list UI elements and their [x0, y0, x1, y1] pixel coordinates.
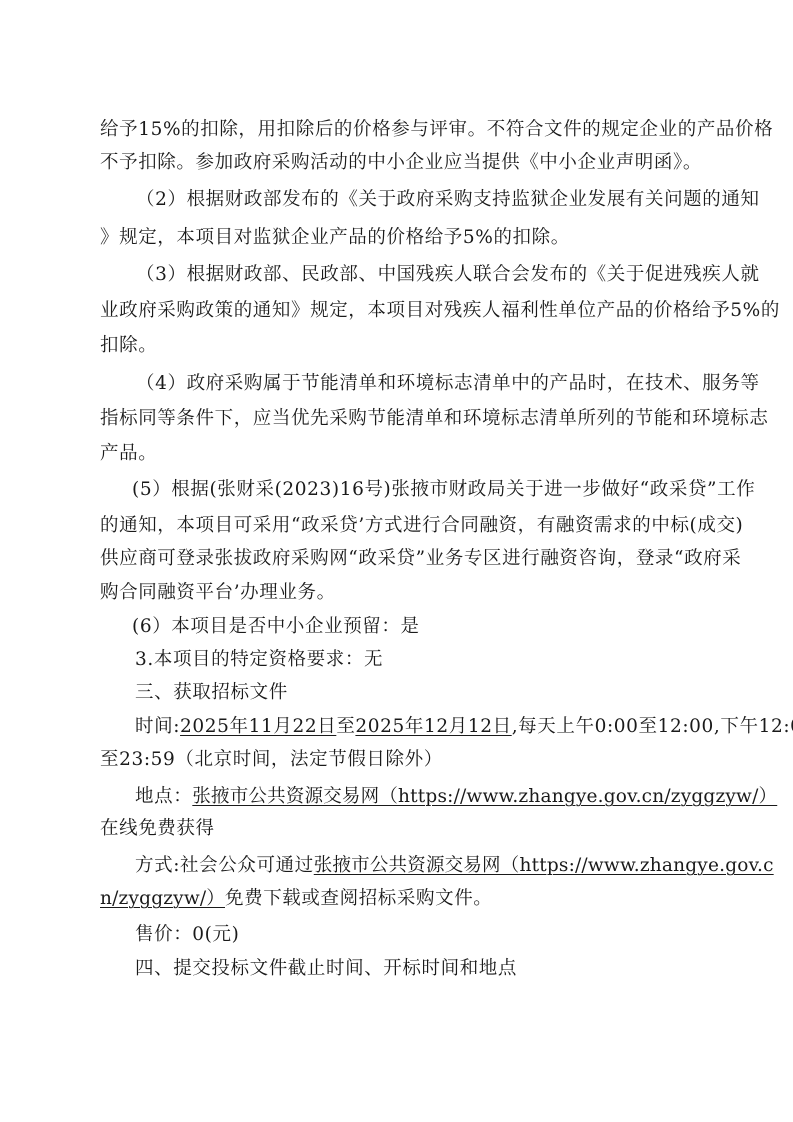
text-line: 产品。 — [100, 439, 695, 469]
method-prefix: 社会公众可通过 — [180, 855, 314, 876]
paragraph-5-start: (5）根据(张财采(2023)16号)张掖市财政局关于进一步做好“政采贷”工作 — [132, 475, 697, 505]
text-line: 业政府采购政策的通知》规定，本项目对残疾人福利性单位产品的价格给予5%的 — [100, 296, 695, 326]
date-separator: 至 — [336, 716, 355, 737]
place-line-continuation: 在线免费获得 — [100, 814, 695, 844]
text-line: 购合同融资平台’办理业务。 — [100, 578, 695, 608]
trading-platform-link[interactable]: 张掖市公共资源交易网（https://www.zhangye.gov.cn/zy… — [192, 786, 777, 807]
start-date: 2025年11月22日 — [180, 716, 336, 737]
trading-platform-link-2-cont[interactable]: n/zyggzyw/） — [100, 888, 225, 909]
method-label: 方式: — [135, 855, 180, 876]
text-line: 供应商可登录张拔政府采购网“政采贷”业务专区进行融资咨询，登录“政府采 — [100, 544, 695, 574]
sme-reservation-line: (6）本项目是否中小企业预留：是 — [132, 612, 727, 642]
method-line-continuation: n/zyggzyw/）免费下载或查阅招标采购文件。 — [100, 884, 695, 914]
text-line: 的通知，本项目可采用“政采贷’方式进行合同融资，有融资需求的中标(成交) — [100, 511, 695, 541]
daily-hours: ,每天上午0:00至12:00,下午12:00 — [512, 716, 793, 737]
text-line: 指标同等条件下，应当优先采购节能清单和环境标志清单所列的节能和环境标志 — [100, 404, 695, 434]
paragraph-4-start: （4）政府采购属于节能清单和环境标志清单中的产品时，在技术、服务等 — [136, 369, 696, 399]
method-suffix: 免费下载或查阅招标采购文件。 — [225, 888, 492, 909]
document-page: 给予15%的扣除，用扣除后的价格参与评审。不符合文件的规定企业的产品价格 不予扣… — [0, 0, 793, 1122]
place-label: 地点： — [135, 786, 192, 807]
text-line: 扣除。 — [100, 331, 695, 361]
paragraph-2-start: （2）根据财政部发布的《关于政府采购支持监狱企业发展有关问题的通知 — [136, 185, 696, 215]
time-line-continuation: 至23:59（北京时间，法定节假日除外） — [100, 745, 695, 775]
place-line: 地点：张掖市公共资源交易网（https://www.zhangye.gov.cn… — [135, 782, 730, 812]
qualification-line: 3.本项目的特定资格要求：无 — [135, 645, 730, 675]
section-heading-three: 三、获取招标文件 — [135, 678, 730, 708]
text-line: 不予扣除。参加政府采购活动的中小企业应当提供《中小企业声明函》。 — [100, 148, 695, 178]
text-line: 给予15%的扣除，用扣除后的价格参与评审。不符合文件的规定企业的产品价格 — [100, 115, 695, 145]
end-date: 2025年12月12日 — [355, 716, 511, 737]
trading-platform-link-2[interactable]: 张掖市公共资源交易网（https://www.zhangye.gov.c — [314, 855, 774, 876]
paragraph-3-start: （3）根据财政部、民政部、中国残疾人联合会发布的《关于促进残疾人就 — [136, 260, 696, 290]
method-line: 方式:社会公众可通过张掖市公共资源交易网（https://www.zhangye… — [135, 851, 730, 881]
time-line: 时间:2025年11月22日至2025年12月12日,每天上午0:00至12:0… — [135, 712, 730, 742]
price-line: 售价：0(元) — [135, 920, 730, 950]
time-label: 时间: — [135, 716, 180, 737]
text-line: 》规定，本项目对监狱企业产品的价格给予5%的扣除。 — [100, 223, 695, 253]
section-heading-four: 四、提交投标文件截止时间、开标时间和地点 — [135, 954, 730, 984]
